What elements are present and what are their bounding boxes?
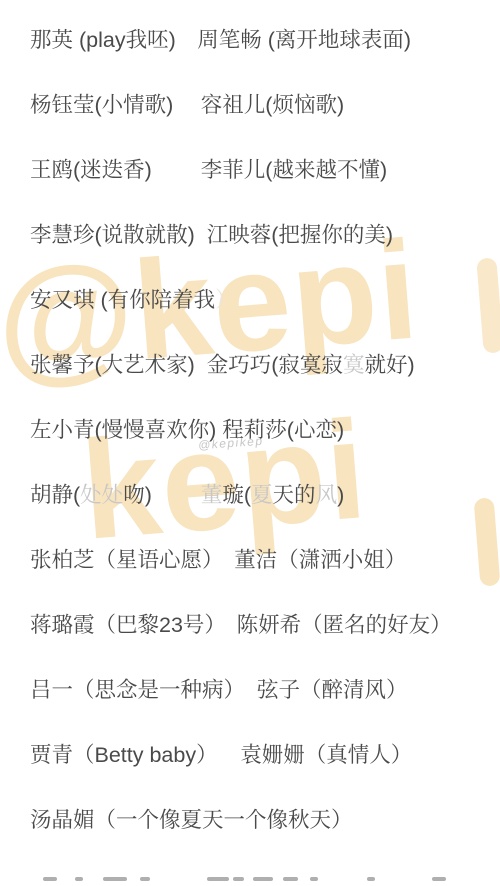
- clipped-text-mark: [43, 877, 57, 881]
- song-list: 那英 (play我呸) 周笔畅 (离开地球表面)杨钰莹(小情歌) 容祖儿(烦恼歌…: [30, 25, 500, 870]
- row-text: 风: [316, 483, 338, 507]
- row-text: 安又琪 (有你陪着我: [30, 288, 215, 312]
- list-row: 张柏芝（星语心愿） 董洁（潇洒小姐）: [30, 545, 500, 610]
- row-text: 那英 (play我呸) 周笔畅 (离开地球表面): [30, 28, 411, 52]
- list-row: 胡静(处处吻) 董璇(夏天的风): [30, 480, 500, 545]
- list-row: 王鸥(迷迭香) 李菲儿(越来越不懂): [30, 155, 500, 220]
- list-row: 吕一（思念是一种病） 弦子（醉清风）: [30, 675, 500, 740]
- row-text: 寞: [343, 353, 365, 377]
- clipped-text-mark: [103, 877, 127, 881]
- row-text: 张馨予(大艺术家) 金巧巧(寂寞寂: [30, 353, 343, 377]
- row-text: 璇(: [222, 483, 251, 507]
- row-text: 处处: [80, 483, 123, 507]
- list-row: 那英 (play我呸) 周笔畅 (离开地球表面): [30, 25, 500, 90]
- row-text: 汤晶媚（一个像夏天一个像秋天）: [30, 808, 353, 832]
- row-text: 吻): [123, 483, 152, 507]
- row-text: 董: [201, 483, 223, 507]
- list-row: 杨钰莹(小情歌) 容祖儿(烦恼歌): [30, 90, 500, 155]
- row-text: 吕一（思念是一种病） 弦子（醉清风）: [30, 678, 407, 702]
- row-text: 李慧珍(说散就散) 江映蓉(把握你的美): [30, 223, 393, 247]
- clipped-text-mark: [253, 877, 273, 881]
- list-row: 安又琪 (有你陪着我）: [30, 285, 500, 350]
- row-text: 张柏芝（星语心愿） 董洁（潇洒小姐）: [30, 548, 406, 572]
- list-row: 蒋璐霞（巴黎23号） 陈妍希（匿名的好友）: [30, 610, 500, 675]
- clipped-text-mark: [283, 877, 298, 881]
- clipped-text-mark: [75, 877, 83, 881]
- list-row: 贾青（Betty baby） 袁姗姗（真情人）: [30, 740, 500, 805]
- row-text: 夏: [251, 483, 273, 507]
- list-row: 李慧珍(说散就散) 江映蓉(把握你的美): [30, 220, 500, 285]
- list-row: 左小青(慢慢喜欢你) 程莉莎(心恋): [30, 415, 500, 480]
- row-text: ）: [215, 288, 237, 312]
- row-text: 就好): [364, 353, 414, 377]
- row-text: 杨钰莹(小情歌) 容祖儿(烦恼歌): [30, 93, 344, 117]
- row-text: 贾青（Betty baby） 袁姗姗（真情人）: [30, 743, 412, 767]
- row-text: ): [337, 483, 344, 507]
- row-text: 天的: [273, 483, 316, 507]
- row-text: 胡静(: [30, 483, 80, 507]
- row-text: 蒋璐霞（巴黎23号） 陈妍希（匿名的好友）: [30, 613, 452, 637]
- clipped-text-mark: [310, 877, 318, 881]
- screenshot-root: @kepi kepi @kepikep 那英 (play我呸) 周笔畅 (离开地…: [0, 0, 500, 886]
- row-text: [152, 483, 201, 507]
- clipped-text-mark: [432, 877, 446, 881]
- list-row: 张馨予(大艺术家) 金巧巧(寂寞寂寞就好): [30, 350, 500, 415]
- clipped-text-mark: [207, 877, 229, 881]
- list-row: 汤晶媚（一个像夏天一个像秋天）: [30, 805, 500, 870]
- clipped-text-mark: [367, 877, 375, 881]
- clipped-text-mark: [140, 877, 150, 881]
- clipped-text-mark: [233, 877, 244, 881]
- row-text: 左小青(慢慢喜欢你) 程莉莎(心恋): [30, 418, 344, 442]
- row-text: 王鸥(迷迭香) 李菲儿(越来越不懂): [30, 158, 387, 182]
